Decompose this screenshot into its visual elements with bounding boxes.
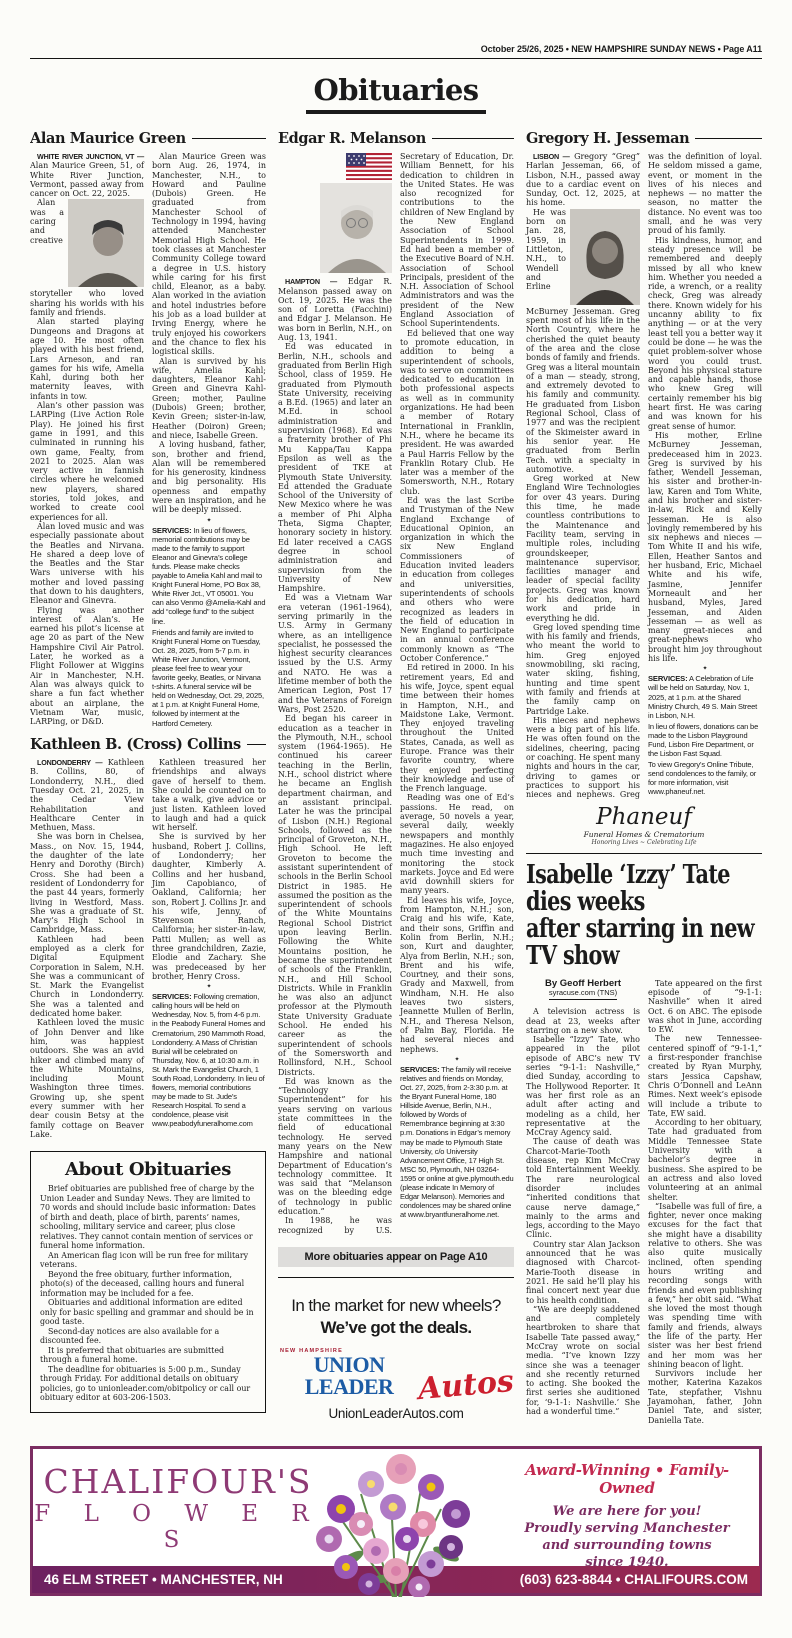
services-text: Following cremation, calling hours will … bbox=[152, 992, 265, 1128]
paragraph: He was born on Jan. 28, 1959, in Littlet… bbox=[526, 208, 640, 474]
about-box-paragraphs: Brief obituaries are published free of c… bbox=[40, 1184, 256, 1403]
obit-heading-jesseman: Gregory H. Jesseman bbox=[526, 130, 762, 147]
paragraph: Isabelle “Izzy” Tate, who appeared in th… bbox=[526, 1035, 640, 1137]
services-paragraph: SERVICES: Following cremation, calling h… bbox=[152, 992, 266, 1128]
headline-line2: after starring in new TV show bbox=[526, 916, 762, 971]
flowers-ad-tagline: Award-Winning • Family-Owned bbox=[507, 1461, 747, 1497]
heading-rule bbox=[432, 138, 514, 139]
column-grid: Alan Maurice Green WHITE RIVER JUNCTION,… bbox=[30, 122, 762, 1434]
article-headline: Isabelle ‘Izzy’ Tate dies weeks after st… bbox=[526, 862, 762, 971]
obit-body-jesseman: LISBON — Gregory “Greg” Harlan Jesseman,… bbox=[526, 152, 762, 800]
paragraph: A television actress is dead at 23, week… bbox=[526, 1007, 640, 1035]
paragraph: Friends and family are invited to Knight… bbox=[152, 628, 266, 728]
flower-bouquet-image bbox=[281, 1439, 511, 1597]
headline-line1: Isabelle ‘Izzy’ Tate dies weeks bbox=[526, 862, 762, 917]
paragraph: Greg loved spending time with his family… bbox=[526, 623, 640, 716]
paragraph: Alan is survived by his wife, Amelia Kah… bbox=[152, 357, 266, 441]
paragraph: It is preferred that obituaries are subm… bbox=[40, 1346, 256, 1365]
services-text: In lieu of flowers, memorial contributio… bbox=[152, 526, 265, 626]
obituary-alan-green: Alan Maurice Green WHITE RIVER JUNCTION,… bbox=[30, 130, 266, 728]
obit-name-text: Kathleen B. (Cross) Collins bbox=[30, 736, 241, 753]
paragraph: According to her obituary, Tate had grad… bbox=[648, 1118, 762, 1202]
brand-main-text: UNION LEADER bbox=[305, 1352, 394, 1399]
paragraph: Ed retired in 2000. In his retirement ye… bbox=[400, 663, 514, 793]
services-paragraph: SERVICES: In lieu of flowers, memorial c… bbox=[152, 526, 266, 626]
paragraph: Ed began his career in education as a te… bbox=[278, 714, 392, 1077]
more-obituaries-bar: More obituaries appear on Page A10 bbox=[278, 1247, 514, 1267]
union-leader-wordmark: NEW HAMPSHIREUNION LEADER bbox=[278, 1348, 420, 1398]
flowers-ad-address: 46 ELM STREET • MANCHESTER, NH bbox=[44, 1572, 283, 1587]
lead-text: Kathleen B. Collins, 80, of Londonderry,… bbox=[30, 758, 144, 832]
services-paragraph: SERVICES: The family will receive relati… bbox=[400, 1065, 514, 1220]
byline-block: By Geoff Herbert syracuse.com (TNS) bbox=[526, 979, 640, 1001]
message-line: and surrounding towns bbox=[507, 1538, 747, 1555]
phaneuf-subtitle: Funeral Homes & Crematorium bbox=[526, 830, 762, 839]
heading-rule bbox=[192, 138, 266, 139]
paragraph: Flying was another interest of Alan’s. H… bbox=[30, 606, 144, 727]
paragraph: Alan loved music and was especially pass… bbox=[30, 522, 144, 606]
portrait-photo-alan-green bbox=[68, 199, 144, 287]
tate-news-article: Isabelle ‘Izzy’ Tate dies weeks after st… bbox=[526, 862, 762, 1425]
autos-ad-line2: We’ve got the deals. bbox=[278, 1318, 514, 1338]
obit-body-melanson: HAMPTON — Edgar R. Melanson passed away … bbox=[278, 152, 514, 1235]
paragraph: The deadline for obituaries is 5:00 p.m.… bbox=[40, 1365, 256, 1403]
newspaper-page: October 25/26, 2025 • NEW HAMPSHIRE SUND… bbox=[0, 0, 792, 1638]
paragraph: The new Tennessee-centered spinoff of “9… bbox=[648, 1034, 762, 1118]
article-body: By Geoff Herbert syracuse.com (TNS) A te… bbox=[526, 979, 762, 1425]
services-text: The family will receive relatives and fr… bbox=[400, 1065, 514, 1220]
services-list: In lieu of flowers, donations can be mad… bbox=[648, 722, 762, 797]
services-list: Friends and family are invited to Knight… bbox=[152, 628, 266, 728]
services-label: SERVICES: bbox=[648, 674, 687, 683]
paragraph: Ed was the last Scribe and Trustyman of … bbox=[400, 496, 514, 663]
paragraph: His mother, Erline McBurney Jesseman, pr… bbox=[648, 431, 762, 663]
heading-rule bbox=[695, 138, 762, 139]
paragraph: Tate appeared on the first episode of “9… bbox=[648, 979, 762, 1035]
column-left: Alan Maurice Green WHITE RIVER JUNCTION,… bbox=[30, 122, 266, 1434]
dateline: WHITE RIVER JUNCTION, VT — bbox=[37, 152, 144, 161]
services-label: SERVICES: bbox=[152, 526, 191, 535]
services-divider-icon: ✦ bbox=[152, 516, 266, 525]
portrait-photo-gregory-jesseman bbox=[570, 209, 640, 305]
paragraph: Kathleen loved the music of John Denver … bbox=[30, 1018, 144, 1139]
paragraph: Alan was a caring and creative storytell… bbox=[30, 198, 144, 317]
phaneuf-funeral-home-logo: Phaneuf Funeral Homes & Crematorium Hono… bbox=[526, 802, 762, 854]
paragraph: She is survived by her husband, Robert J… bbox=[152, 832, 266, 981]
chalifours-wordmark: CHALIFOUR'S F L O W E R S bbox=[33, 1465, 323, 1553]
paragraph: A loving husband, father, son, brother a… bbox=[152, 440, 266, 514]
paragraph: In lieu of flowers, donations can be mad… bbox=[648, 722, 762, 758]
column-middle: Edgar R. Melanson HAMPTON — Edgar R. Mel… bbox=[278, 122, 514, 1434]
obit-heading-green: Alan Maurice Green bbox=[30, 130, 266, 147]
services-divider-icon: ✦ bbox=[152, 982, 266, 991]
lead-text: Gregory “Greg” Harlan Jesseman, 66, of L… bbox=[526, 152, 640, 207]
paragraph: Country star Alan Jackson announced that… bbox=[526, 1240, 640, 1305]
obit-body-collins: LONDONDERRY — Kathleen B. Collins, 80, o… bbox=[30, 758, 266, 1139]
services-paragraph: SERVICES: A Celebration of Life will be … bbox=[648, 674, 762, 719]
lead-text: Edgar R. Melanson passed away on Oct. 19… bbox=[278, 277, 392, 342]
phaneuf-wordmark: Phaneuf bbox=[526, 806, 762, 829]
paragraph: Second-day notices are also available fo… bbox=[40, 1327, 256, 1346]
paragraph: The cause of death was Charcot-Marie-Too… bbox=[526, 1137, 640, 1239]
paragraph: “Isabelle was full of fire, a fighter, n… bbox=[648, 1202, 762, 1369]
paragraph-list: A television actress is dead at 23, week… bbox=[526, 979, 762, 1425]
services-divider-icon: ✦ bbox=[400, 1055, 514, 1064]
autos-ad-line1: In the market for new wheels? bbox=[278, 1296, 514, 1316]
paragraph: Ed was known as the “Technology Superint… bbox=[278, 1077, 392, 1216]
byline-credit: syracuse.com (TNS) bbox=[549, 988, 617, 1000]
obituary-gregory-jesseman: Gregory H. Jesseman LISBON — Gregory “Gr… bbox=[526, 130, 762, 800]
services-divider-icon: ✦ bbox=[648, 664, 762, 673]
union-leader-autos-logo: NEW HAMPSHIREUNION LEADER Autos bbox=[278, 1348, 514, 1398]
paragraph: She was born in Chelsea, Mass., on Nov. … bbox=[30, 832, 144, 934]
us-flag-icon bbox=[346, 153, 392, 180]
dateline: LONDONDERRY — bbox=[37, 758, 102, 767]
paragraph: To view Gregory’s Online Tribute, send c… bbox=[648, 760, 762, 796]
paragraph-text: Ed was educated in Berlin, N.H., schools… bbox=[278, 342, 392, 593]
paragraph: An American flag icon will be run free f… bbox=[40, 1251, 256, 1270]
lead-paragraph: LONDONDERRY — Kathleen B. Collins, 80, o… bbox=[30, 758, 144, 832]
autos-ad-url: UnionLeaderAutos.com bbox=[278, 1406, 514, 1421]
paragraph: Ed leaves his wife, Joyce, from Hampton,… bbox=[400, 896, 514, 1054]
obituary-kathleen-collins: Kathleen B. (Cross) Collins LONDONDERRY … bbox=[30, 736, 266, 1139]
lead-paragraph: LISBON — Gregory “Greg” Harlan Jesseman,… bbox=[526, 152, 640, 208]
paragraph: Ed believed that one way to promote educ… bbox=[400, 329, 514, 496]
obit-heading-collins: Kathleen B. (Cross) Collins bbox=[30, 736, 266, 753]
services-label: SERVICES: bbox=[152, 992, 191, 1001]
paragraph: Greg worked at New England Wire Technolo… bbox=[526, 474, 640, 623]
flowers-ad-text: We are here for you! Proudly serving Man… bbox=[507, 1504, 747, 1572]
paragraph: Ed was educated in Berlin, N.H., schools… bbox=[278, 342, 392, 593]
paragraph: Survivors include her mother, Katerina K… bbox=[648, 1369, 762, 1425]
paragraph: Brief obituaries are published free of c… bbox=[40, 1184, 256, 1251]
byline-author: By Geoff Herbert bbox=[526, 979, 640, 988]
phaneuf-tagline: Honoring Lives ~ Celebrating Life bbox=[526, 839, 762, 846]
chalifours-flowers-ad: CHALIFOUR'S F L O W E R S Award-Winning … bbox=[30, 1446, 762, 1596]
message-line: We are here for you! bbox=[507, 1504, 747, 1521]
paragraph: Reading was one of Ed’s passions. He rea… bbox=[400, 793, 514, 895]
section-title-text: Obituaries bbox=[306, 73, 487, 114]
union-leader-autos-ad: In the market for new wheels? We’ve got … bbox=[278, 1277, 514, 1434]
paragraph: Kathleen treasured her friendships and a… bbox=[152, 758, 266, 832]
paragraph: “We are deeply saddened and completely h… bbox=[526, 1305, 640, 1417]
paragraph: Beyond the free obituary, further inform… bbox=[40, 1270, 256, 1299]
brand-name-text: CHALIFOUR'S bbox=[33, 1465, 323, 1498]
paragraph: Alan Maurice Green was born Aug. 26, 197… bbox=[152, 152, 266, 357]
autos-script-text: Autos bbox=[417, 1370, 515, 1402]
services-label: SERVICES: bbox=[400, 1065, 439, 1074]
section-title: Obituaries bbox=[30, 73, 762, 114]
obit-heading-melanson: Edgar R. Melanson bbox=[278, 130, 514, 147]
masthead-dateline: October 25/26, 2025 • NEW HAMPSHIRE SUND… bbox=[30, 10, 762, 59]
obit-body-green: WHITE RIVER JUNCTION, VT — Alan Maurice … bbox=[30, 152, 266, 728]
portrait-photo-edgar-melanson bbox=[320, 183, 392, 273]
paragraph: Alan started playing Dungeons and Dragon… bbox=[30, 317, 144, 401]
paragraph: Alan’s other passion was LARPing (Live A… bbox=[30, 401, 144, 522]
column-right: Gregory H. Jesseman LISBON — Gregory “Gr… bbox=[526, 122, 762, 1434]
paragraph: His kindness, humor, and steady presence… bbox=[648, 236, 762, 431]
paragraph: Obituaries and additional information ar… bbox=[40, 1298, 256, 1327]
flowers-ad-phone: (603) 623-8844 • CHALIFOURS.COM bbox=[520, 1572, 748, 1587]
message-line: Proudly serving Manchester bbox=[507, 1521, 747, 1538]
flowers-ad-message: Award-Winning • Family-Owned We are here… bbox=[507, 1461, 747, 1572]
photo-stack bbox=[320, 153, 392, 275]
lead-paragraph: HAMPTON — Edgar R. Melanson passed away … bbox=[278, 152, 392, 342]
paragraph: Ed was a Vietnam War era veteran (1961-1… bbox=[278, 593, 392, 714]
obituary-edgar-melanson: Edgar R. Melanson HAMPTON — Edgar R. Mel… bbox=[278, 130, 514, 1235]
dateline: HAMPTON — bbox=[285, 277, 337, 286]
obit-name-text: Edgar R. Melanson bbox=[278, 130, 426, 147]
lead-paragraph: WHITE RIVER JUNCTION, VT — Alan Maurice … bbox=[30, 152, 144, 198]
paragraph: Kathleen had been employed as a clerk fo… bbox=[30, 935, 144, 1019]
about-obituaries-box: About Obituaries Brief obituaries are pu… bbox=[30, 1151, 266, 1413]
brand-flowers-text: F L O W E R S bbox=[33, 1501, 323, 1553]
heading-rule bbox=[247, 744, 266, 745]
obit-name-text: Gregory H. Jesseman bbox=[526, 130, 689, 147]
obit-name-text: Alan Maurice Green bbox=[30, 130, 186, 147]
dateline: LISBON — bbox=[533, 152, 570, 161]
about-box-title: About Obituaries bbox=[40, 1159, 256, 1180]
lead-text: Alan Maurice Green, 51, of White River J… bbox=[30, 161, 144, 198]
